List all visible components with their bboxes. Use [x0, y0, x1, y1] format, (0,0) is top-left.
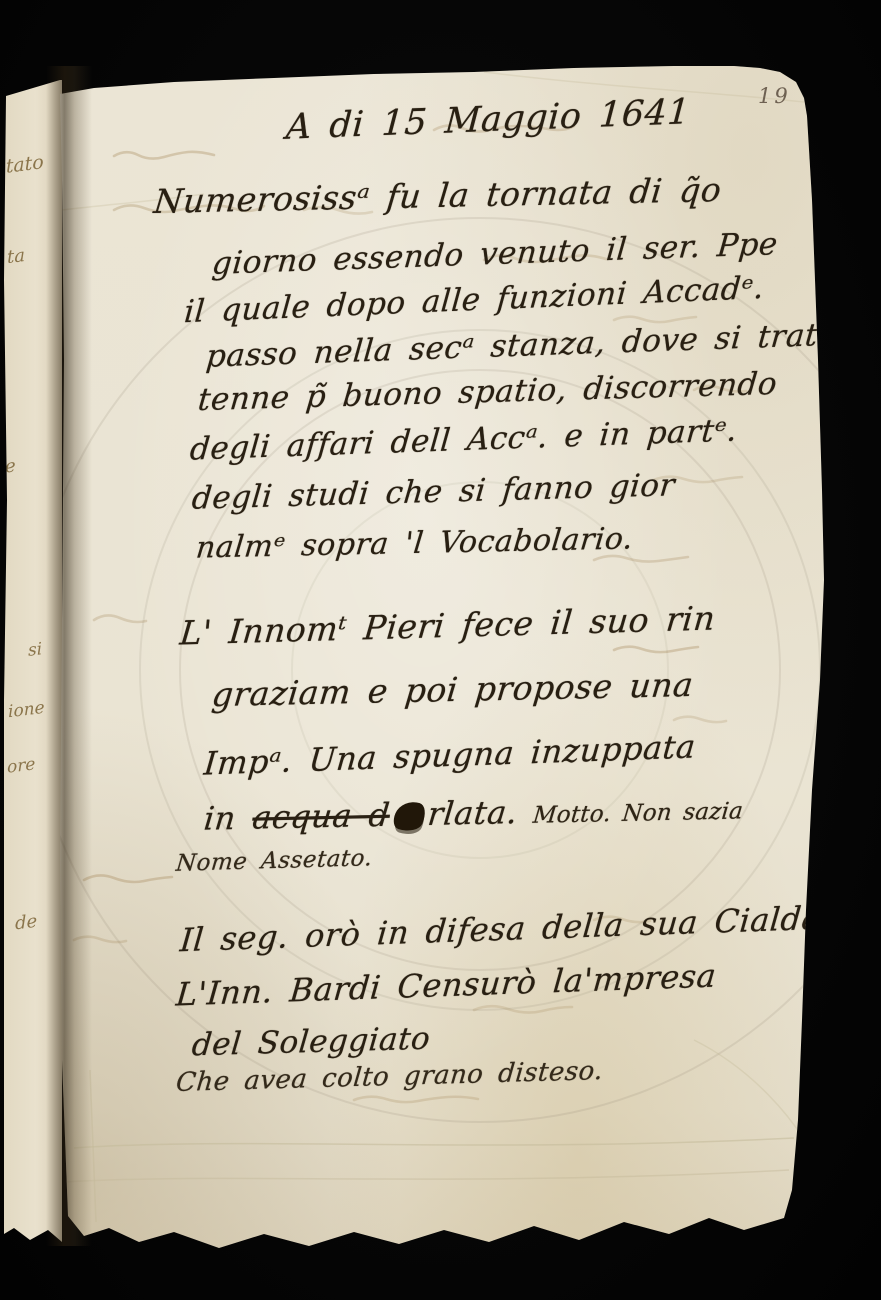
manuscript-page: 19 A di 15 Maggio 1641 Numerosissᵃ fu la…	[54, 60, 826, 1252]
folio-number: 19	[758, 84, 791, 108]
date-heading: A di 15 Maggio 1641	[285, 92, 692, 148]
previous-page-edge: stato ta e si ione ore de	[4, 80, 62, 1242]
manuscript-line: L' Innomᵗ Pieri fece il suo rin	[178, 598, 717, 652]
manuscript-line: graziam e poi propose una	[210, 665, 695, 714]
manuscript-line: tenne p̃ buono spatio, discorrendo	[196, 366, 778, 418]
marginal-fragment: ta	[7, 245, 26, 268]
photo-background: stato ta e si ione ore de	[0, 0, 881, 1300]
manuscript-line-with-correction: in acqua drlata.Motto. Non sazia	[202, 788, 745, 837]
manuscript-line: Che avea colto grano disteso.	[175, 1056, 605, 1098]
marginal-fragment: e	[5, 455, 16, 477]
manuscript-line: del Soleggiato	[190, 1021, 432, 1064]
impresa-after-blot: rlata.	[426, 793, 520, 833]
manuscript-line: Il seg. orò in difesa della sua Cialda	[179, 899, 823, 960]
marginal-fragment: de	[15, 911, 38, 935]
ink-blot	[390, 798, 430, 835]
manuscript-line: Impᵃ. Una spugna inzuppata	[202, 727, 697, 782]
manuscript-line: nalmᵉ sopra 'l Vocabolario.	[194, 521, 635, 565]
marginal-fragment: stato	[4, 151, 44, 179]
marginal-fragment: si	[28, 639, 43, 661]
impresa-prefix: in	[202, 799, 254, 838]
marginal-fragment: ione	[8, 698, 45, 723]
manuscript-line: degli studi che si fanno gior	[190, 467, 676, 517]
motto-annotation: Motto. Non sazia	[532, 798, 745, 828]
manuscript-line: L'Inn. Bardi Censurò la'mpresa	[174, 956, 718, 1013]
manuscript-line: Numerosissᵃ fu la tornata di q̃o	[152, 170, 723, 221]
nome-line: Nome Assetato.	[175, 845, 374, 877]
marginal-fragment: ore	[7, 754, 36, 778]
manuscript-line: passo nella secᵃ stanza, dove si trat	[205, 317, 820, 374]
manuscript-line: degli affari dell Accᵃ. e in partᵉ.	[189, 412, 739, 467]
struck-out-text: acqua d	[251, 796, 392, 837]
